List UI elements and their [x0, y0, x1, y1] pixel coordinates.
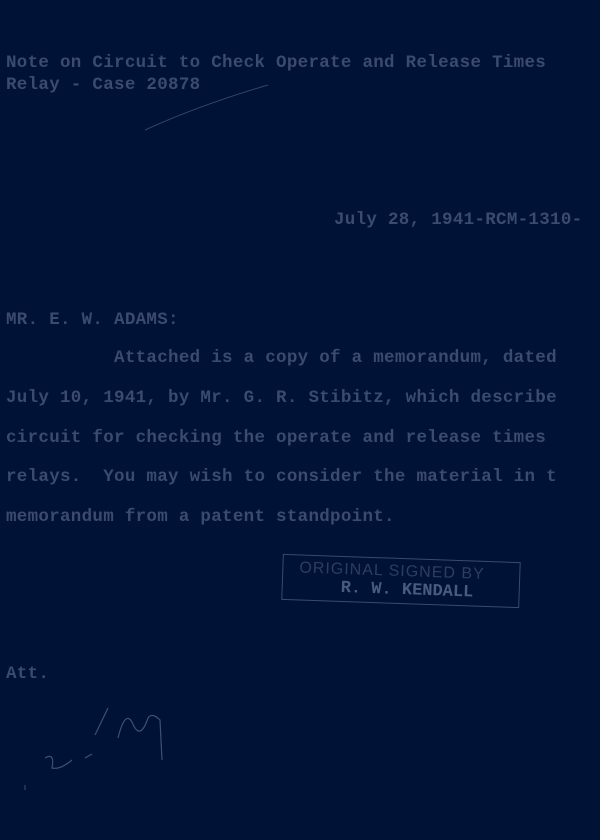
attachment-note: Att. — [6, 664, 49, 684]
addressee: MR. E. W. ADAMS: — [6, 310, 179, 330]
date-reference: July 28, 1941-RCM-1310- — [334, 210, 582, 230]
body-line: circuit for checking the operate and rel… — [6, 428, 546, 448]
body-line: relays. You may wish to consider the mat… — [6, 467, 557, 487]
handwritten-marks — [0, 0, 600, 840]
signature-stamp: ORIGINAL SIGNED BY R. W. KENDALL — [281, 554, 520, 608]
body-line: Attached is a copy of a memorandum, date… — [6, 348, 557, 368]
body-line: memorandum from a patent standpoint. — [6, 507, 395, 527]
stamp-signer-name: R. W. KENDALL — [340, 579, 473, 603]
body-line: July 10, 1941, by Mr. G. R. Stibitz, whi… — [6, 388, 557, 408]
